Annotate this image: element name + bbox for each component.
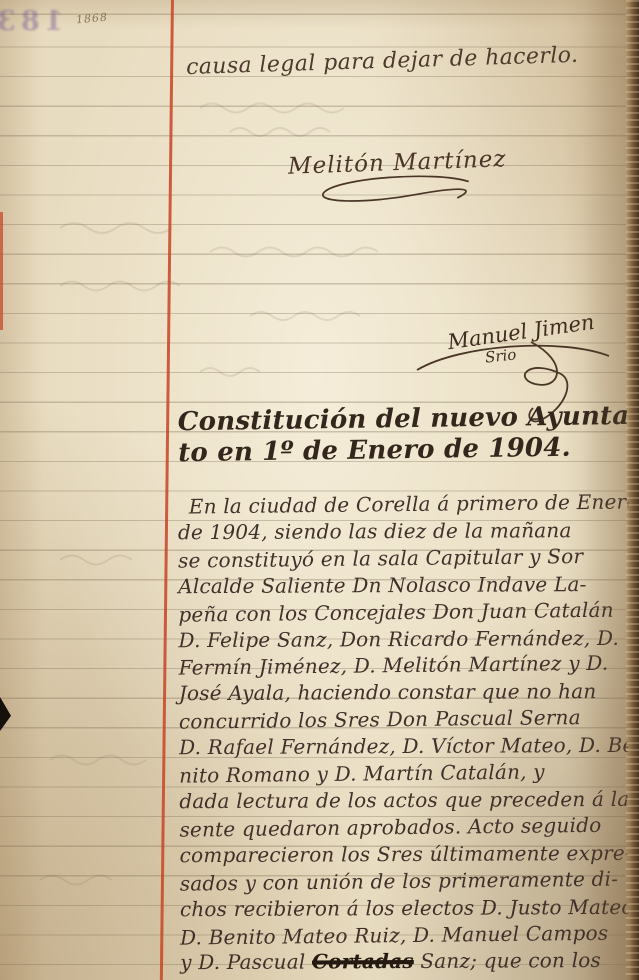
signature-secretary: Manuel Jimen Srio (447, 320, 595, 344)
manuscript-line: En la ciudad de Corella á primero de Ene… (178, 488, 638, 520)
manuscript-line: concurrido los Sres Don Pascual Serna (179, 704, 639, 736)
manuscript-line: dada lectura de los actos que preceden á… (179, 786, 639, 815)
manuscript-line: D. Benito Mateo Ruiz, D. Manuel Campos (180, 919, 639, 951)
entry-body: En la ciudad de Corella á primero de Ene… (178, 490, 639, 977)
manuscript-line: Fermín Jiménez, D. Melitón Martínez y D. (179, 650, 639, 682)
manuscript-line: de 1904, siendo las diez de la mañana (178, 517, 638, 546)
manuscript-line: chos recibieron á los electos D. Justo M… (180, 893, 639, 922)
line-text: Sanz; que con los (414, 948, 601, 973)
signature-flourish (307, 173, 498, 212)
manuscript-photo: 183 1868 causa legal para dejar de hacer… (0, 0, 639, 980)
manuscript-line: y D. Pascual Cortadas Sanz; que con los (180, 947, 639, 976)
manuscript-line: peña con los Concejales Don Juan Catalán (178, 596, 638, 628)
corner-annotation: 1868 (75, 11, 108, 27)
manuscript-line: D. Rafael Fernández, D. Víctor Mateo, D.… (179, 732, 639, 761)
manuscript-line: Alcalde Saliente Dn Nolasco Indave La- (178, 571, 638, 600)
heading-line-2: to en 1º de Enero de 1904. (178, 432, 639, 469)
manuscript-line: sados y con unión de los primeramente di… (180, 865, 639, 897)
manuscript-line: sente quedaron aprobados. Acto seguido (179, 811, 639, 843)
page-curvature-shadow (583, 0, 629, 980)
struck-word: Cortadas (312, 949, 414, 974)
manuscript-line: se constituyó en la sala Capitular y Sor (178, 542, 638, 574)
page-number-stamp: 183 (0, 6, 63, 37)
line-text: y D. Pascual (180, 950, 312, 975)
manuscript-line: comparecieron los Sres últimamente expre… (180, 840, 639, 869)
manuscript-line: nito Romano y D. Martín Catalán, y (179, 757, 639, 789)
entry-heading: Constitución del nuevo Ayuntamien- to en… (178, 401, 639, 469)
adjacent-page-margin-line (0, 212, 3, 330)
manuscript-line: José Ayala, haciendo constar que no han (179, 678, 639, 707)
book-page-stack-edge (626, 0, 639, 980)
